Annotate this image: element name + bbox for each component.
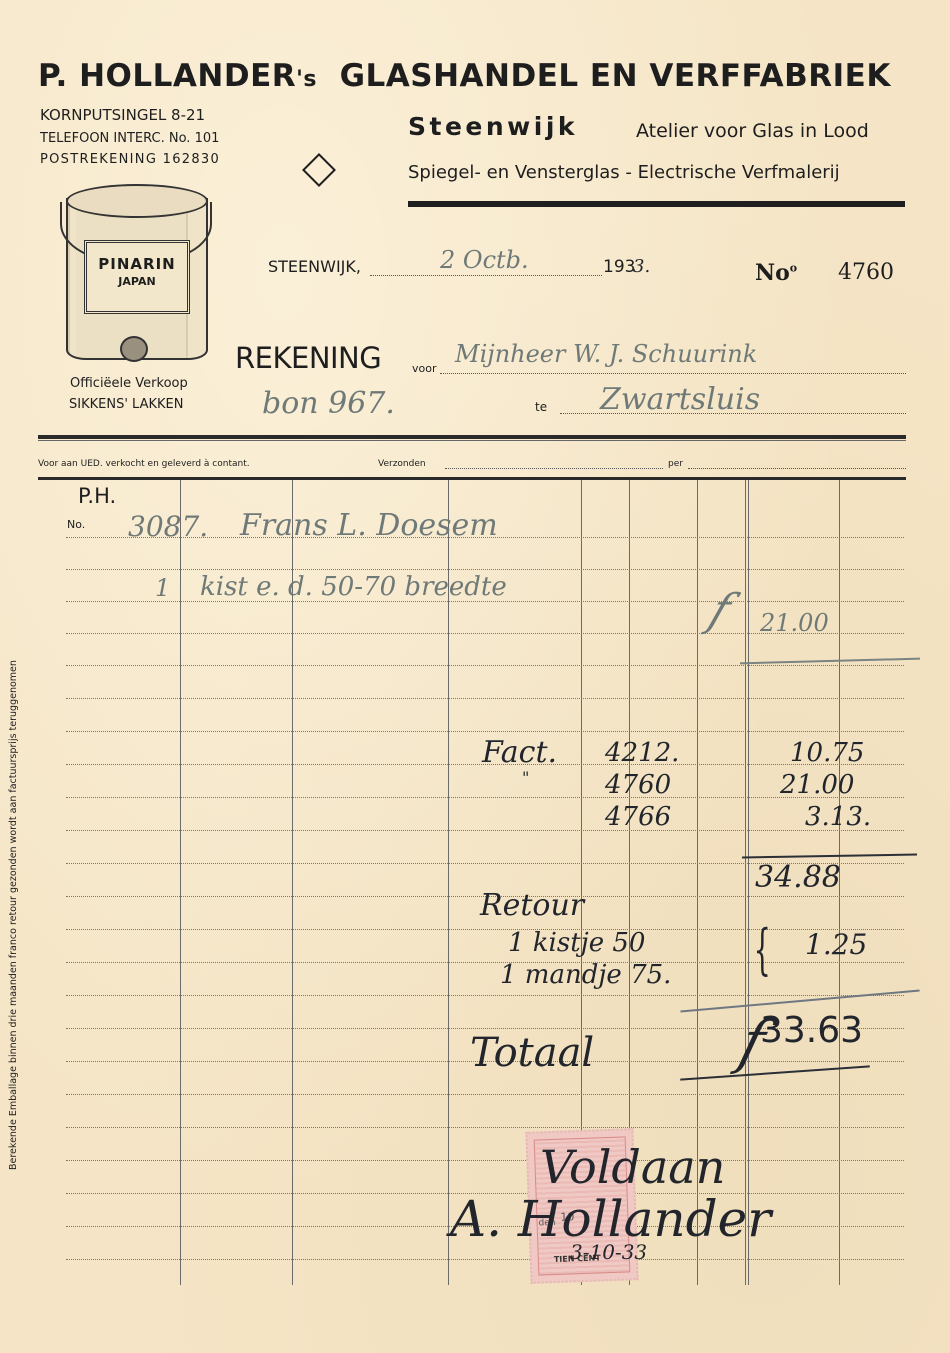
fact-ditto: " [522, 768, 529, 787]
subtotal-line [742, 853, 917, 858]
return-item-1: 1 kistje 50 [508, 928, 645, 958]
recipient-handwritten: Mijnheer W. J. Schuurink [455, 340, 757, 368]
ph-label: P.H. [78, 484, 116, 508]
pencil-florin-sign: f [703, 585, 738, 636]
paint-can-caption-2: SIKKENS' LAKKEN [69, 397, 183, 412]
header-divider [408, 201, 905, 207]
table-header-rule [38, 477, 906, 480]
paint-can-variant: JAPAN [87, 275, 187, 288]
paid-text: Voldaan [540, 1140, 725, 1194]
ledger-row [66, 830, 904, 831]
ledger-row [66, 1160, 904, 1161]
ledger-row [66, 929, 904, 930]
return-amount: 1.25 [805, 928, 867, 961]
place-label: STEENWIJK, [268, 257, 361, 276]
side-note-emballage: Berekende Emballage binnen drie maanden … [8, 610, 19, 1170]
fact-ref-3: 4766 [605, 802, 671, 832]
company-phone: TELEFOON INTERC. No. 101 [40, 131, 219, 146]
year-suffix-handwritten: 3. [633, 256, 650, 277]
company-tagline-2: Spiegel- en Vensterglas - Electrische Ve… [408, 162, 840, 183]
invoice-number: 4760 [838, 260, 894, 285]
paint-can-lid [66, 184, 208, 218]
item-qty-2: 1 [155, 574, 170, 602]
total-line [680, 990, 919, 1012]
total-label: Totaal [470, 1030, 594, 1076]
ledger-row [66, 1127, 904, 1128]
receipt-date: 3-10-33 [570, 1240, 647, 1264]
table-top-rule [38, 435, 906, 439]
fact-ref-2: 4760 [605, 770, 671, 800]
ledger-row [66, 995, 904, 996]
fact-amount-2: 21.00 [780, 770, 854, 800]
company-city: Steenwijk [408, 112, 578, 141]
paint-can-knob [120, 336, 148, 362]
sale-terms: Voor aan UED. verkocht en geleverd à con… [38, 459, 250, 469]
total-underline [680, 1065, 870, 1080]
fact-amount-1: 10.75 [790, 738, 864, 768]
return-item-2: 1 mandje 75. [500, 960, 671, 990]
recipient-dotted-line [440, 373, 906, 374]
year-prefix: 193 [603, 257, 635, 277]
paint-can-label: PINARIN JAPAN [84, 240, 190, 314]
item-description-1: Frans L. Doesem [240, 508, 498, 543]
order-number: 3087. [128, 510, 208, 543]
total-amount: 33.63 [760, 1010, 863, 1051]
town-handwritten: Zwartsluis [600, 382, 760, 417]
per-label: per [668, 459, 683, 469]
pencil-underline [740, 658, 920, 665]
date-handwritten: 2 Octb. [440, 246, 529, 274]
subtotal-amount: 34.88 [755, 860, 841, 895]
no-label: No. [67, 518, 85, 531]
ledger-row [66, 1259, 904, 1260]
paint-can-illustration: PINARIN JAPAN [62, 184, 210, 364]
fact-ref-1: 4212. [605, 738, 679, 768]
return-label: Retour [480, 888, 584, 923]
paint-can-brand: PINARIN [87, 255, 187, 273]
date-dotted-line [370, 275, 602, 276]
ledger-row [66, 569, 904, 570]
verzonden-label: Verzonden [378, 459, 426, 469]
ledger-row [66, 962, 904, 963]
voor-label: voor [412, 362, 437, 375]
invoice-paper: P. HOLLANDER's GLASHANDEL EN VERFFABRIEK… [0, 0, 950, 1353]
fact-amount-3: 3.13. [805, 802, 871, 832]
ledger-row [66, 731, 904, 732]
diamond-outline-icon [302, 153, 336, 187]
ledger-row [66, 1094, 904, 1095]
item-amount-3: 21.00 [760, 609, 829, 637]
bon-handwritten: bon 967. [262, 386, 395, 421]
invoice-number-symbol: Noo [755, 260, 797, 286]
table-top-rule-thin [38, 440, 906, 441]
fact-label: Fact. [482, 735, 557, 770]
verzonden-dotted-line [445, 468, 663, 469]
company-address: KORNPUTSINGEL 8-21 [40, 106, 205, 124]
company-tagline-1: Atelier voor Glas in Lood [636, 120, 869, 142]
return-brace-icon: { [754, 918, 771, 981]
ledger-row [66, 665, 904, 666]
ledger-row [66, 797, 904, 798]
company-postal-account: POSTREKENING 162830 [40, 152, 220, 167]
invoice-title: REKENING [235, 341, 381, 375]
item-description-2: kist e. d. 50-70 breedte [200, 572, 507, 602]
paint-can-caption-1: Officiëele Verkoop [70, 376, 188, 391]
per-dotted-line [688, 468, 906, 469]
ledger-row [66, 698, 904, 699]
company-name: P. HOLLANDER's GLASHANDEL EN VERFFABRIEK [38, 58, 891, 94]
te-label: te [535, 400, 547, 414]
